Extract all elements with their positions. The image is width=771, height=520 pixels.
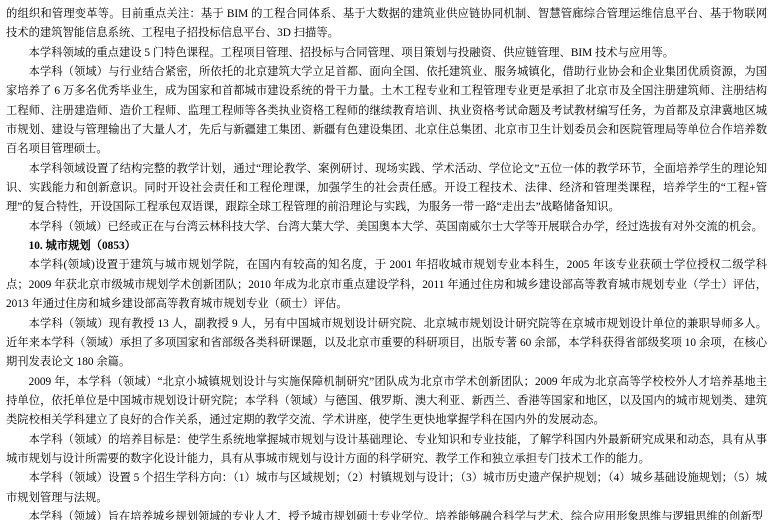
- paragraph: 本学科（领域）设置 5 个招生学科方向：（1）城市与区域规划；（2）村镇规划与设…: [6, 469, 767, 508]
- paragraph: 本学科（领域）与行业结合紧密，所依托的北京建筑大学立足首都、面向全国、依托建筑业…: [6, 63, 767, 160]
- paragraph: 本学科（领域）已经或正在与台湾云林科技大学、台湾大葉大学、美国奥本大学、英国南威…: [6, 218, 767, 237]
- section-heading: 10. 城市规划（0853）: [6, 237, 767, 256]
- paragraph: 本学科（领域）的培养目标是：使学生系统地掌握城市规划与设计基础理论、专业知识和专…: [6, 431, 767, 470]
- paragraph: 的组织和管理变革等。目前重点关注：基于 BIM 的工程合同体系、基于大数据的建筑…: [6, 5, 767, 44]
- paragraph: 2009 年，本学科（领域）“北京小城镇规划设计与实施保障机制研究”团队成为北京…: [6, 373, 767, 431]
- paragraph: 本学科领域的重点建设 5 门特色课程。工程项目管理、招投标与合同管理、项目策划与…: [6, 44, 767, 63]
- paragraph: 本学科领域设置了结构完整的教学计划，通过“理论教学、案例研讨、现场实践、学术活动…: [6, 160, 767, 218]
- document-body: 的组织和管理变革等。目前重点关注：基于 BIM 的工程合同体系、基于大数据的建筑…: [0, 0, 771, 520]
- paragraph: 本学科(领域)设置于建筑与城市规划学院，在国内有较高的知名度，于 2001 年招…: [6, 256, 767, 314]
- paragraph: 本学科（领域）旨在培养城乡规划领域的专业人才，授予城市规划硕士专业学位。培养能够…: [6, 508, 767, 520]
- document-page: 的组织和管理变革等。目前重点关注：基于 BIM 的工程合同体系、基于大数据的建筑…: [0, 0, 771, 520]
- paragraph: 本学科（领域）现有教授 13 人，副教授 9 人，另有中国城市规划设计研究院、北…: [6, 315, 767, 373]
